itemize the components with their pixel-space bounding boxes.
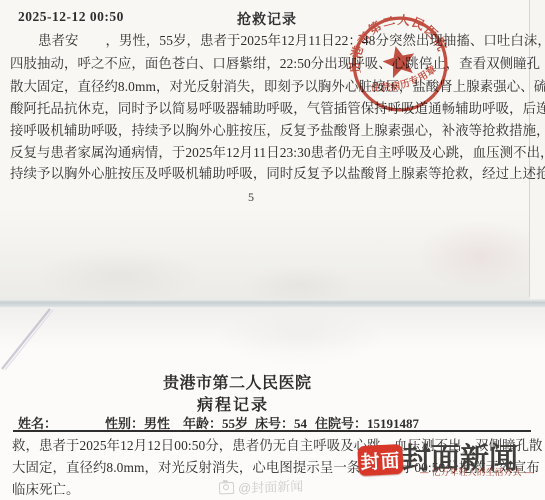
scan-divider <box>0 299 545 307</box>
admission-value: 15191487 <box>367 416 419 431</box>
watermark-handle: @封面新闻 <box>238 476 304 497</box>
covernews-logo-badge: 封面 <box>357 444 404 476</box>
gender-label: 性别： <box>105 416 144 431</box>
covernews-tagline: — 亿万年轻人的生活方式 — <box>420 466 540 478</box>
record-title: 抢救记录 <box>237 9 297 29</box>
age-value: 55岁 <box>222 416 248 431</box>
page-number: 5 <box>248 190 254 205</box>
camera-icon <box>219 481 234 494</box>
header-rule <box>13 430 531 432</box>
bed-label: 床号： <box>255 416 294 431</box>
gender-value: 男性 <box>144 416 170 431</box>
logo-badge-text: 封面 <box>360 445 401 474</box>
screenshot-root: 2025-12-12 00:50 抢救记录 患者安 ，男性，55岁，患者于202… <box>0 0 545 500</box>
page-fold-line <box>0 307 70 382</box>
name-label: 姓名： <box>18 416 57 431</box>
progress-record-scan: 贵港市第二人民医院 病程记录 姓名： 性别：男性 年龄：55岁 床号：54 住院… <box>0 307 545 500</box>
record-text-line: 患者安 ，男性，55岁，患者于2025年12月11日22：48分突然出现抽搐、口… <box>10 33 545 48</box>
record-text-line: 接呼吸机辅助呼吸，持续予以胸外心脏按压，反复予盐酸肾上腺素强心，补液等抢救措施， <box>10 123 528 138</box>
record-datetime: 2025-12-12 00:50 <box>18 9 124 25</box>
bed-value: 54 <box>294 416 307 431</box>
hospital-name: 贵港市第二人民医院 <box>163 370 312 393</box>
record-text-line: 反复与患者家属沟通病情，于2025年12月11日23:30患者仍无自主呼吸及心跳… <box>10 145 528 160</box>
seal-star-icon <box>380 42 419 79</box>
progress-record-title: 病程记录 <box>197 392 269 415</box>
record-text-line: 持续予以胸外心脏按压及呼吸机辅助呼吸，同时反复予以盐酸肾上腺素等抢救，经过上述抢 <box>10 166 528 181</box>
age-label: 年龄： <box>183 416 222 431</box>
admission-label: 住院号： <box>315 416 367 431</box>
watermark: @封面新闻 <box>219 476 304 498</box>
rescue-record-scan: 2025-12-12 00:50 抢救记录 患者安 ，男性，55岁，患者于202… <box>0 0 545 299</box>
